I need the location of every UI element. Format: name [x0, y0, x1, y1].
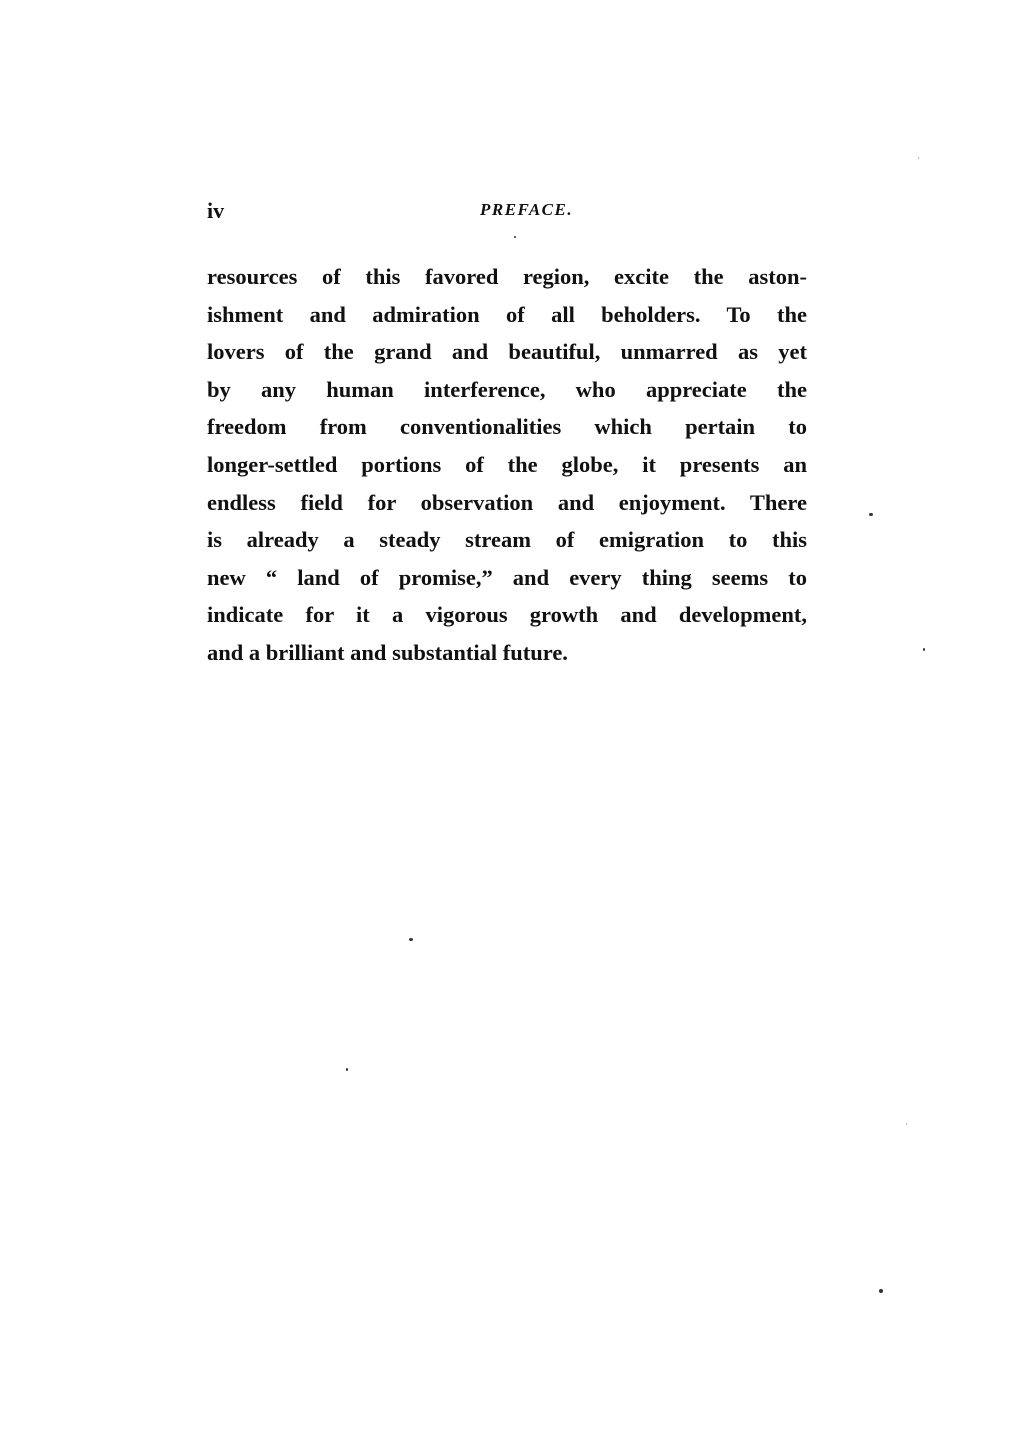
preface-paragraph: resources of this favored region, excite… [207, 258, 807, 672]
text-line: endless field for observation and enjoym… [207, 484, 807, 522]
text-line: and a brilliant and substantial future. [207, 634, 807, 672]
text-line: freedom from conventionalities which per… [207, 408, 807, 446]
text-line: indicate for it a vigorous growth and de… [207, 596, 807, 634]
text-line: resources of this favored region, excite… [207, 258, 807, 296]
running-head: PREFACE. [480, 200, 573, 220]
scanned-book-page: iv PREFACE. resources of this favored re… [0, 0, 1010, 1447]
text-line: ishment and admiration of all beholders.… [207, 296, 807, 334]
scan-speck [409, 938, 413, 941]
scan-speck [514, 236, 516, 238]
page-number: iv [207, 198, 224, 224]
text-line: new “ land of promise,” and every thing … [207, 559, 807, 597]
scan-speck [906, 1123, 907, 1125]
scan-speck [346, 1068, 348, 1071]
text-line: is already a steady stream of emigration… [207, 521, 807, 559]
scan-speck [869, 513, 873, 516]
text-line: longer-settled portions of the globe, it… [207, 446, 807, 484]
page-header: iv PREFACE. [207, 198, 807, 228]
text-line: by any human interference, who appreciat… [207, 371, 807, 409]
scan-speck [923, 648, 925, 651]
text-line: lovers of the grand and beautiful, unmar… [207, 333, 807, 371]
scan-speck [918, 157, 919, 159]
scan-speck [879, 1289, 883, 1293]
